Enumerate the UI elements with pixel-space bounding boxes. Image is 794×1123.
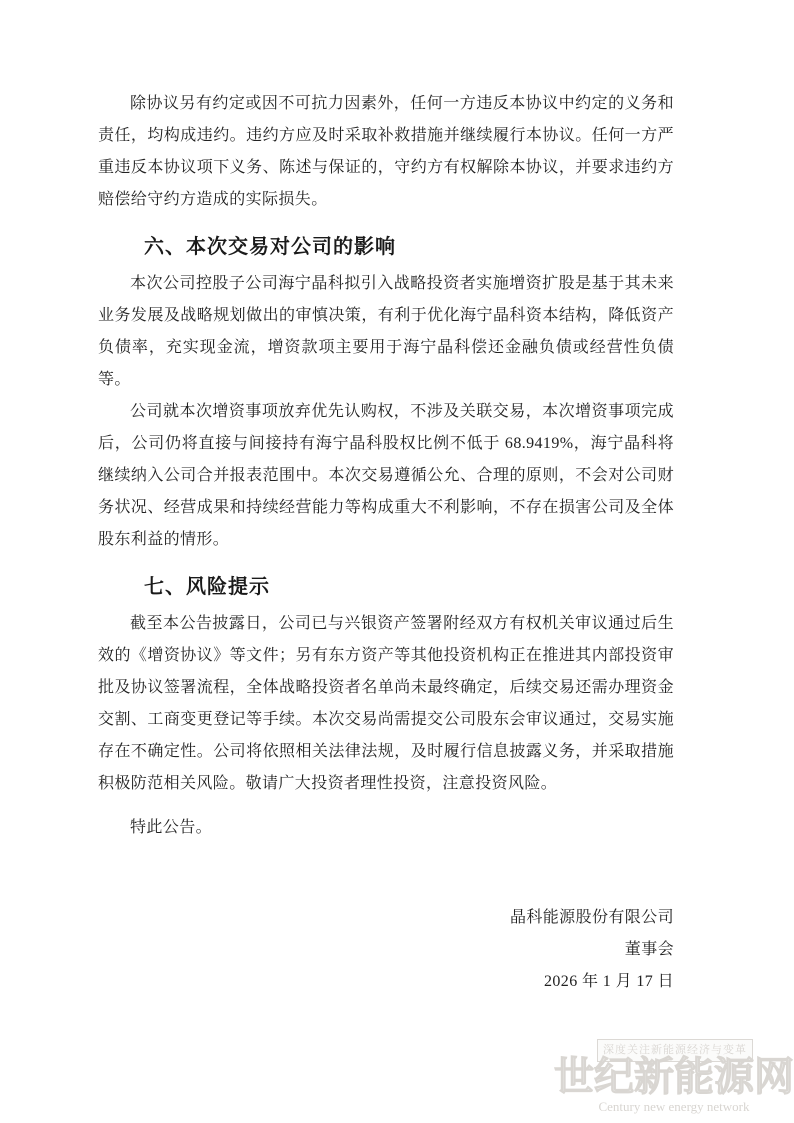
signature-signer: 董事会 [98,934,674,966]
watermark-subtitle: Century new energy network [554,1099,794,1115]
closing-statement: 特此公告。 [98,812,674,844]
signature-block: 晶科能源股份有限公司 董事会 2026 年 1 月 17 日 [98,902,674,998]
intro-paragraph: 除协议另有约定或因不可抗力因素外，任何一方违反本协议中约定的义务和责任，均构成违… [98,88,674,216]
section-7-paragraph-1: 截至本公告披露日，公司已与兴银资产签署附经双方有权机关审议通过后生效的《增资协议… [98,608,674,800]
section-6-heading: 六、本次交易对公司的影响 [144,230,674,264]
section-6-paragraph-2: 公司就本次增资事项放弃优先认购权，不涉及关联交易，本次增资事项完成后，公司仍将直… [98,396,674,556]
announcement-page: 除协议另有约定或因不可抗力因素外，任何一方违反本协议中约定的义务和责任，均构成违… [0,0,794,1123]
document-body: 除协议另有约定或因不可抗力因素外，任何一方违反本协议中约定的义务和责任，均构成违… [98,88,674,998]
section-7-heading: 七、风险提示 [144,570,674,604]
signature-date: 2026 年 1 月 17 日 [98,966,674,998]
signature-company: 晶科能源股份有限公司 [98,902,674,934]
section-6-paragraph-1: 本次公司控股子公司海宁晶科拟引入战略投资者实施增资扩股是基于其未来业务发展及战略… [98,268,674,396]
watermark-logo-text: 世纪新能源网 [554,1054,794,1100]
